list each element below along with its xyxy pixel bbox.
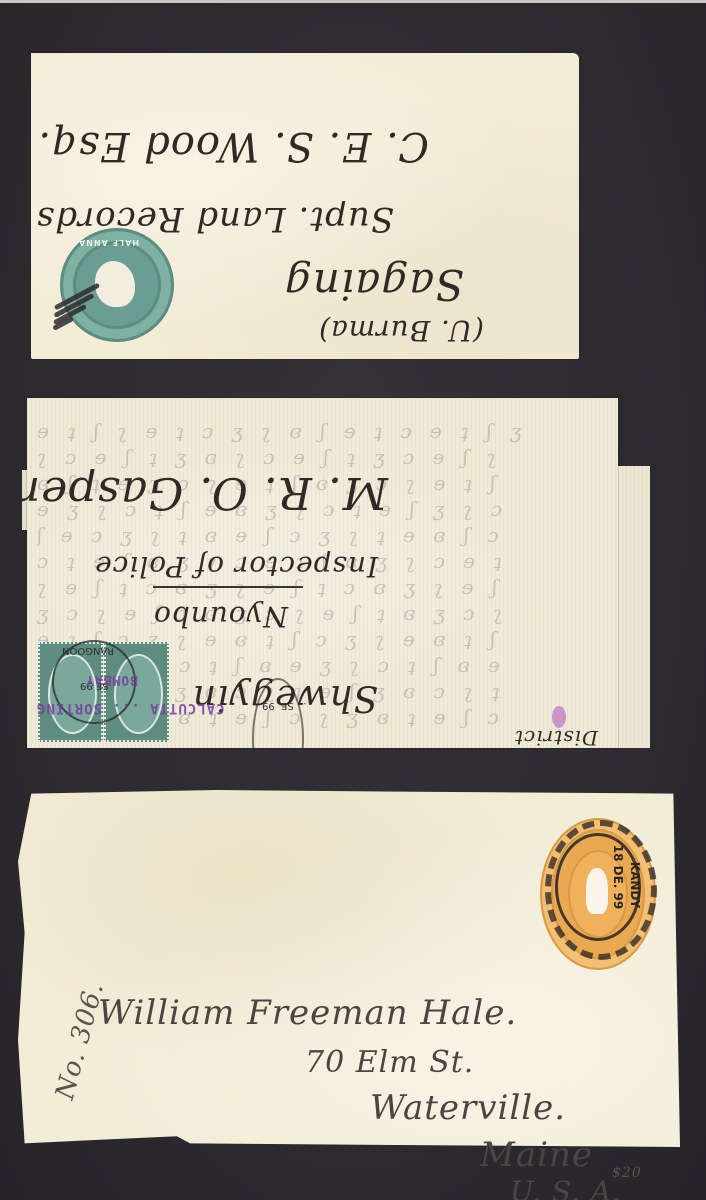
cover-1-cancel-bars [52,290,112,330]
cover-2-purple-handstamp: CALCUTTA ... SORTING [36,700,225,716]
cover-2-purple-ink-spot [552,706,566,728]
scan-top-edge [0,0,706,3]
cover-2-rangoon-postmark-text: RANGOON [62,645,114,656]
cover-1-address-line-1: C. E. S. Wood Esq. [37,123,429,169]
cover-3-address-city: Waterville. [370,1088,566,1128]
cover-2-address-line-1: M. R. O. Gasper ... [0,467,388,518]
cover-2-purple-handstamp-2: BOMBAY [85,672,138,687]
cover-2-address-line-3: Nyounbo [153,600,288,633]
cover-1-stamp-inscription: HALF ANNA [78,238,139,247]
cover-3-address-country: U. S. A. [510,1175,622,1200]
cover-3-address-name: William Freeman Hale. [98,993,517,1033]
cover-3-cancel-town: KANDY [628,862,642,908]
cover-3-address-state: Maine [480,1135,593,1175]
cover-1-address-line-2: Supt. Land Records [36,199,394,239]
cover-3-price-note: $20 [612,1165,642,1181]
cover-1-address-line-3: Sagaing [284,260,464,309]
cover-2-receiving-postmark [252,678,304,800]
cover-2-address-line-2: Inspector of Police [94,550,378,583]
cover-3-address-street: 70 Elm St. [305,1045,474,1080]
cover-3-cancel-date: 18 DE. 99 [611,845,625,909]
cover-1-address-line-4: (U. Burma) [318,314,484,347]
cover-2-fold-extension [618,466,650,748]
cover-2-address-line-5: District [514,726,598,750]
cover-2-receiving-postmark-text: ... SE. 99 [262,700,306,711]
cover-2-underline [153,586,303,588]
